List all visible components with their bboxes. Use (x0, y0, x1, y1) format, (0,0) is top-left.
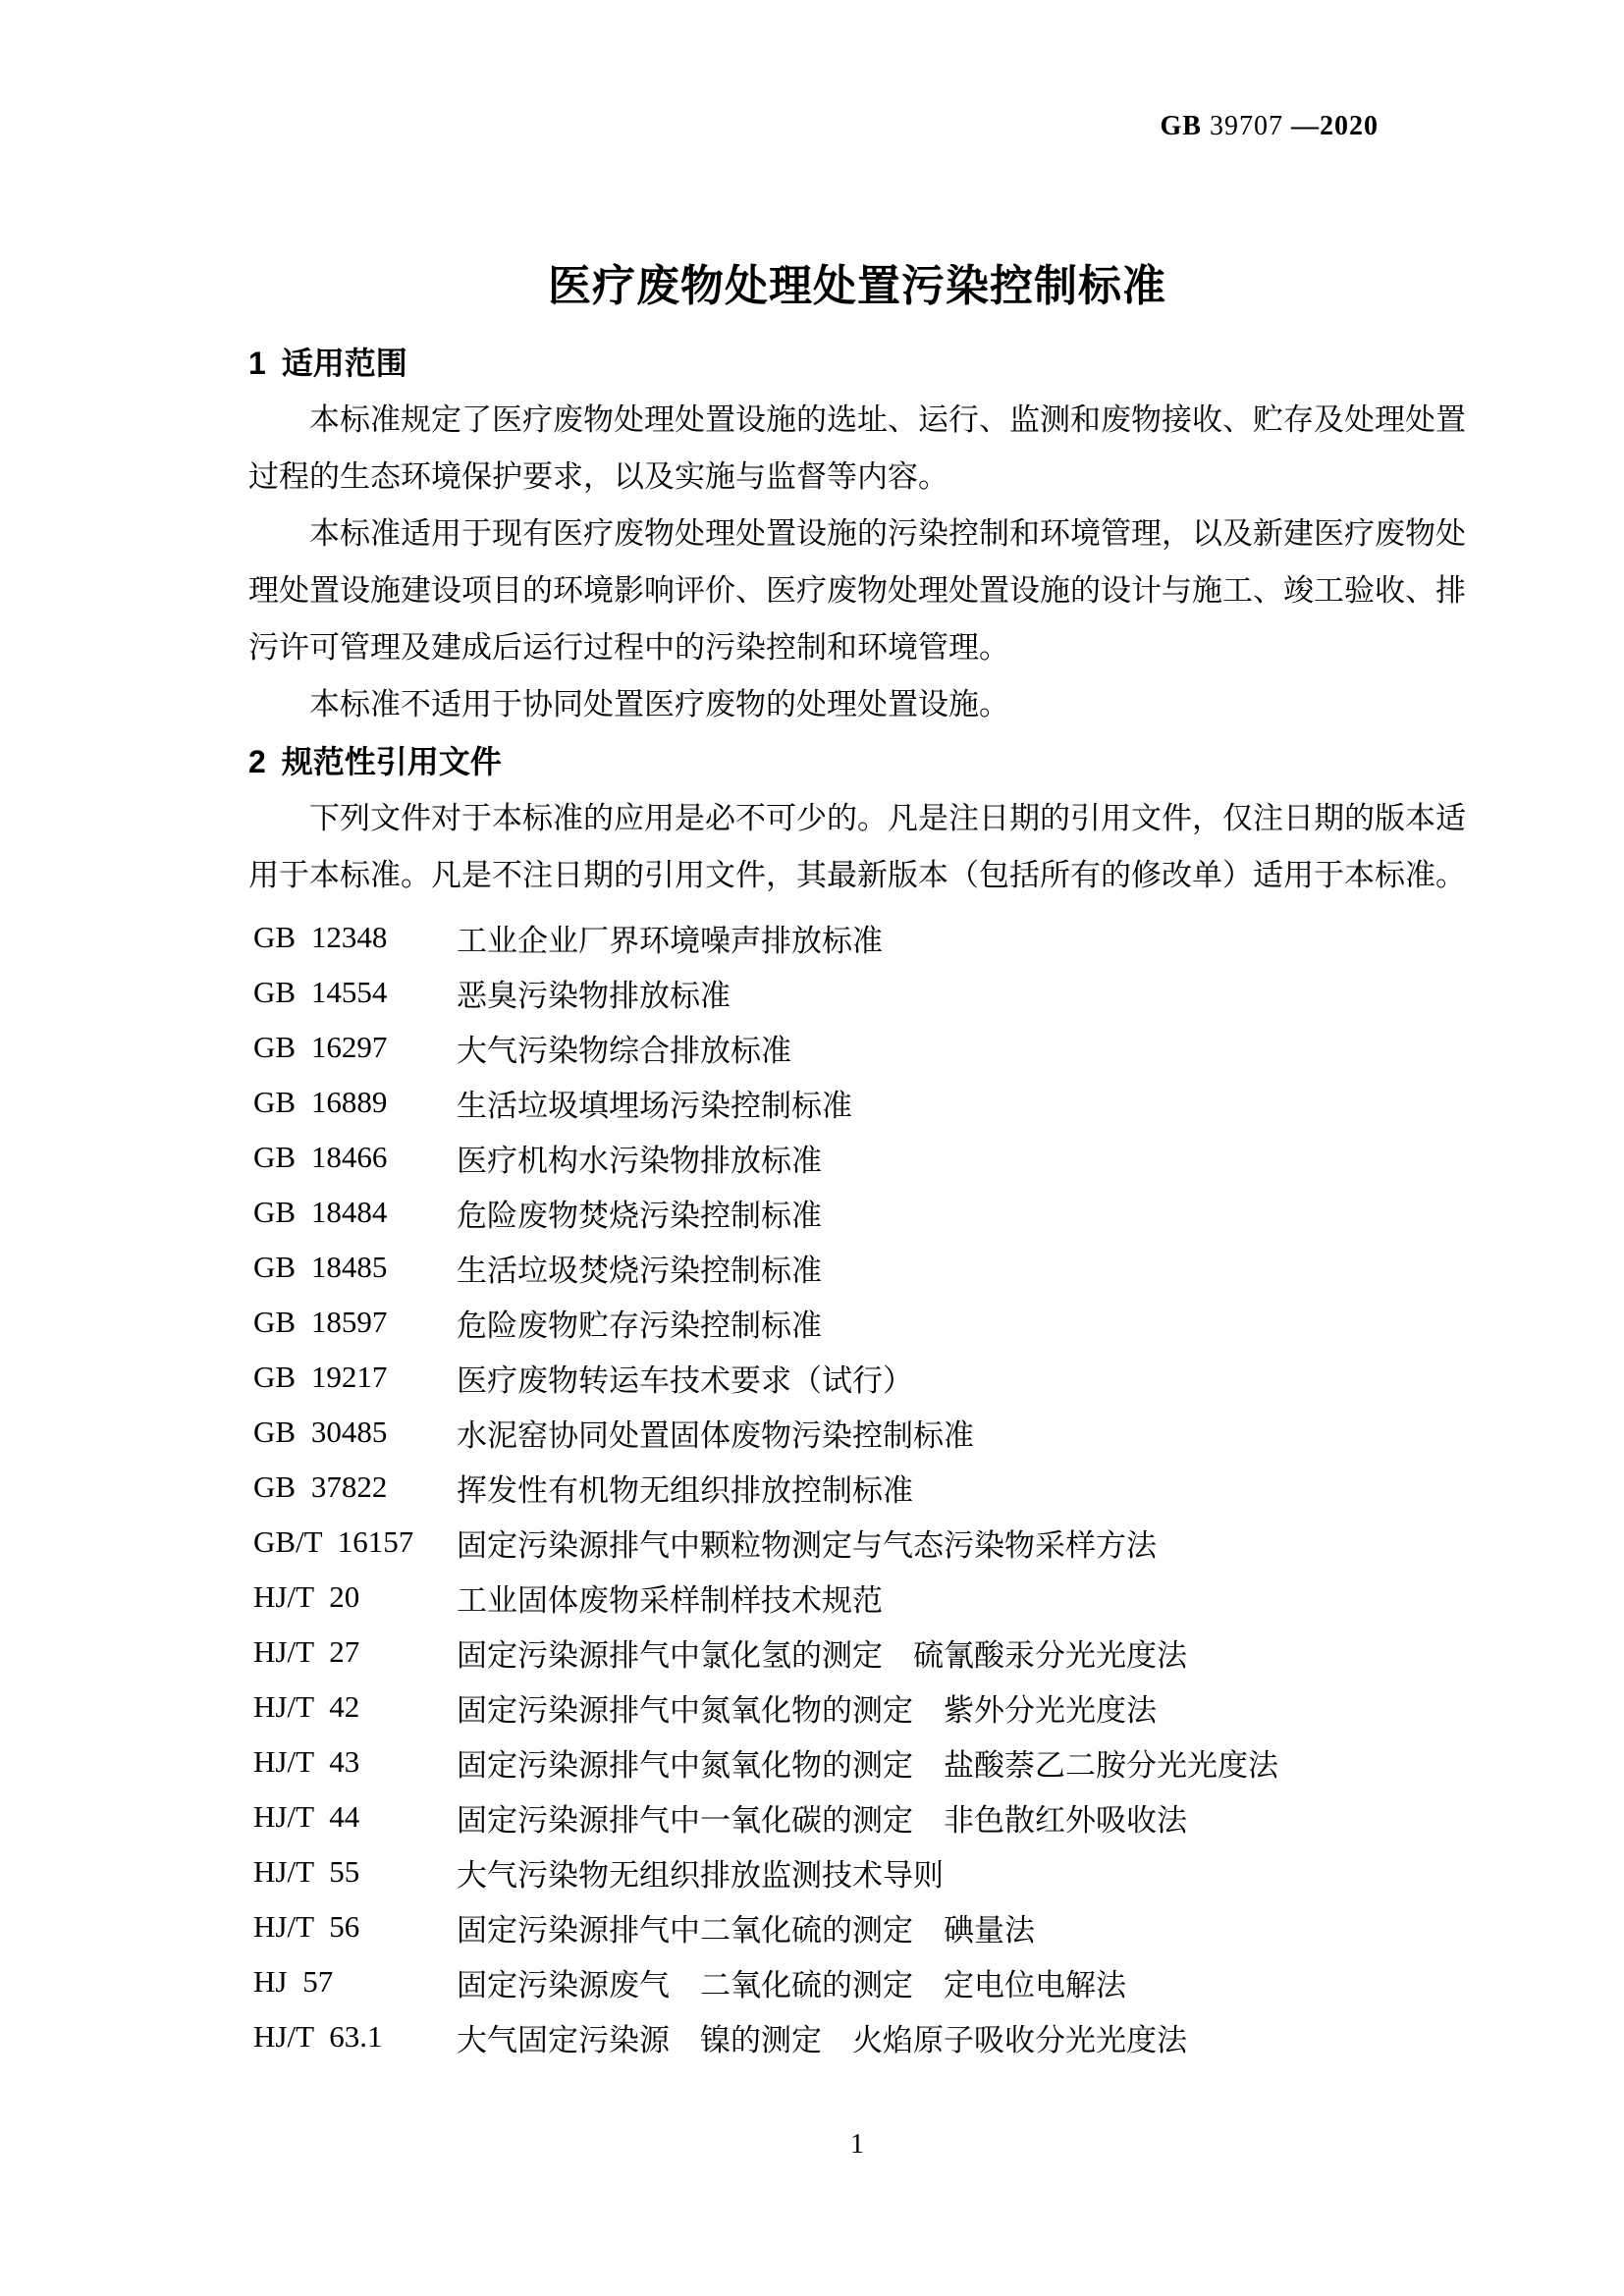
reference-code: GB 18466 (253, 1140, 457, 1175)
standard-code-number: 39707 (1210, 111, 1283, 141)
reference-row: GB 30485 水泥窑协同处置固体废物污染控制标准 (253, 1405, 1510, 1460)
standard-code-prefix: GB (1161, 111, 1202, 141)
reference-title: 固定污染源排气中氯化氢的测定 硫氰酸汞分光光度法 (457, 1630, 1510, 1675)
references-list: GB 12348 工业企业厂界环境噪声排放标准 GB 14554 恶臭污染物排放… (253, 910, 1510, 2064)
reference-code: GB 30485 (253, 1415, 457, 1450)
reference-row: GB 18597 危险废物贮存污染控制标准 (253, 1295, 1510, 1350)
reference-code: HJ/T 63.1 (253, 2019, 457, 2055)
reference-title: 挥发性有机物无组织排放控制标准 (457, 1466, 1510, 1510)
reference-title: 工业企业厂界环境噪声排放标准 (457, 916, 1510, 960)
reference-code: GB 16297 (253, 1030, 457, 1065)
document-page: GB 39707 —2020 医疗废物处理处置污染控制标准 1适用范围 本标准规… (0, 0, 1624, 2296)
reference-code: HJ 57 (253, 1964, 457, 2000)
reference-row: GB 19217 医疗废物转运车技术要求（试行） (253, 1350, 1510, 1405)
section-1-paragraph-2: 本标准适用于现有医疗废物处理处置设施的污染控制和环境管理，以及新建医疗废物处理处… (248, 506, 1466, 676)
reference-title: 固定污染源排气中二氧化硫的测定 碘量法 (457, 1905, 1510, 1949)
reference-row: HJ/T 44 固定污染源排气中一氧化碳的测定 非色散红外吸收法 (253, 1789, 1510, 1844)
reference-row: HJ/T 27 固定污染源排气中氯化氢的测定 硫氰酸汞分光光度法 (253, 1625, 1510, 1680)
reference-code: GB 14554 (253, 975, 457, 1010)
reference-title: 固定污染源废气 二氧化硫的测定 定电位电解法 (457, 1960, 1510, 2004)
reference-title: 大气污染物无组织排放监测技术导则 (457, 1850, 1510, 1895)
reference-code: HJ/T 56 (253, 1909, 457, 1945)
reference-row: GB/T 16157 固定污染源排气中颗粒物测定与气态污染物采样方法 (253, 1515, 1510, 1570)
reference-code: GB 12348 (253, 920, 457, 955)
reference-title: 医疗机构水污染物排放标准 (457, 1136, 1510, 1180)
reference-row: GB 14554 恶臭污染物排放标准 (253, 965, 1510, 1020)
reference-code: GB 18597 (253, 1305, 457, 1340)
reference-code: HJ/T 20 (253, 1579, 457, 1615)
section-1-number: 1 (248, 346, 266, 381)
section-2-title: 规范性引用文件 (282, 744, 502, 779)
section-2-intro-paragraph: 下列文件对于本标准的应用是必不可少的。凡是注日期的引用文件，仅注日期的版本适用于… (248, 790, 1466, 904)
reference-title: 医疗废物转运车技术要求（试行） (457, 1356, 1510, 1400)
reference-title: 大气固定污染源 镍的测定 火焰原子吸收分光光度法 (457, 2015, 1510, 2059)
reference-title: 水泥窑协同处置固体废物污染控制标准 (457, 1411, 1510, 1455)
reference-row: HJ/T 63.1 大气固定污染源 镍的测定 火焰原子吸收分光光度法 (253, 2009, 1510, 2064)
reference-code: HJ/T 55 (253, 1854, 457, 1890)
section-2-heading: 2规范性引用文件 (248, 742, 502, 781)
section-1-paragraph-1: 本标准规定了医疗废物处理处置设施的选址、运行、监测和废物接收、贮存及处理处置过程… (248, 392, 1466, 506)
reference-code: GB 18484 (253, 1195, 457, 1230)
section-2-number: 2 (248, 744, 266, 779)
reference-row: GB 16889 生活垃圾填埋场污染控制标准 (253, 1075, 1510, 1130)
page-number: 1 (248, 2128, 1466, 2162)
reference-title: 固定污染源排气中氮氧化物的测定 紫外分光光度法 (457, 1685, 1510, 1730)
standard-code-header: GB 39707 —2020 (1161, 112, 1379, 141)
reference-title: 危险废物贮存污染控制标准 (457, 1301, 1510, 1345)
reference-title: 固定污染源排气中一氧化碳的测定 非色散红外吸收法 (457, 1795, 1510, 1840)
reference-title: 大气污染物综合排放标准 (457, 1026, 1510, 1070)
reference-row: HJ/T 20 工业固体废物采样制样技术规范 (253, 1570, 1510, 1625)
reference-code: GB/T 16157 (253, 1524, 457, 1560)
section-1-paragraph-3: 本标准不适用于协同处置医疗废物的处理处置设施。 (248, 676, 1466, 733)
reference-title: 生活垃圾填埋场污染控制标准 (457, 1081, 1510, 1125)
section-1-title: 适用范围 (282, 346, 407, 381)
section-1-heading: 1适用范围 (248, 344, 407, 383)
reference-title: 固定污染源排气中颗粒物测定与气态污染物采样方法 (457, 1521, 1510, 1565)
reference-code: GB 18485 (253, 1250, 457, 1285)
document-title: 医疗废物处理处置污染控制标准 (248, 261, 1466, 312)
reference-row: HJ/T 42 固定污染源排气中氮氧化物的测定 紫外分光光度法 (253, 1680, 1510, 1735)
reference-code: GB 19217 (253, 1360, 457, 1395)
reference-title: 生活垃圾焚烧污染控制标准 (457, 1246, 1510, 1290)
reference-row: HJ/T 56 固定污染源排气中二氧化硫的测定 碘量法 (253, 1899, 1510, 1954)
reference-code: GB 37822 (253, 1469, 457, 1505)
reference-row: GB 18485 生活垃圾焚烧污染控制标准 (253, 1240, 1510, 1295)
reference-code: HJ/T 44 (253, 1799, 457, 1835)
reference-code: HJ/T 43 (253, 1744, 457, 1780)
reference-row: GB 12348 工业企业厂界环境噪声排放标准 (253, 910, 1510, 965)
reference-row: GB 18484 危险废物焚烧污染控制标准 (253, 1185, 1510, 1240)
reference-row: GB 18466 医疗机构水污染物排放标准 (253, 1130, 1510, 1185)
reference-title: 工业固体废物采样制样技术规范 (457, 1575, 1510, 1620)
reference-code: GB 16889 (253, 1085, 457, 1120)
reference-row: GB 37822 挥发性有机物无组织排放控制标准 (253, 1460, 1510, 1515)
standard-code-year: —2020 (1291, 111, 1379, 141)
reference-title: 危险废物焚烧污染控制标准 (457, 1191, 1510, 1235)
reference-row: HJ/T 55 大气污染物无组织排放监测技术导则 (253, 1844, 1510, 1899)
reference-row: HJ 57 固定污染源废气 二氧化硫的测定 定电位电解法 (253, 1954, 1510, 2009)
reference-title: 恶臭污染物排放标准 (457, 971, 1510, 1015)
reference-code: HJ/T 27 (253, 1634, 457, 1670)
reference-row: GB 16297 大气污染物综合排放标准 (253, 1020, 1510, 1075)
reference-title: 固定污染源排气中氮氧化物的测定 盐酸萘乙二胺分光光度法 (457, 1740, 1510, 1785)
reference-code: HJ/T 42 (253, 1689, 457, 1725)
reference-row: HJ/T 43 固定污染源排气中氮氧化物的测定 盐酸萘乙二胺分光光度法 (253, 1735, 1510, 1789)
